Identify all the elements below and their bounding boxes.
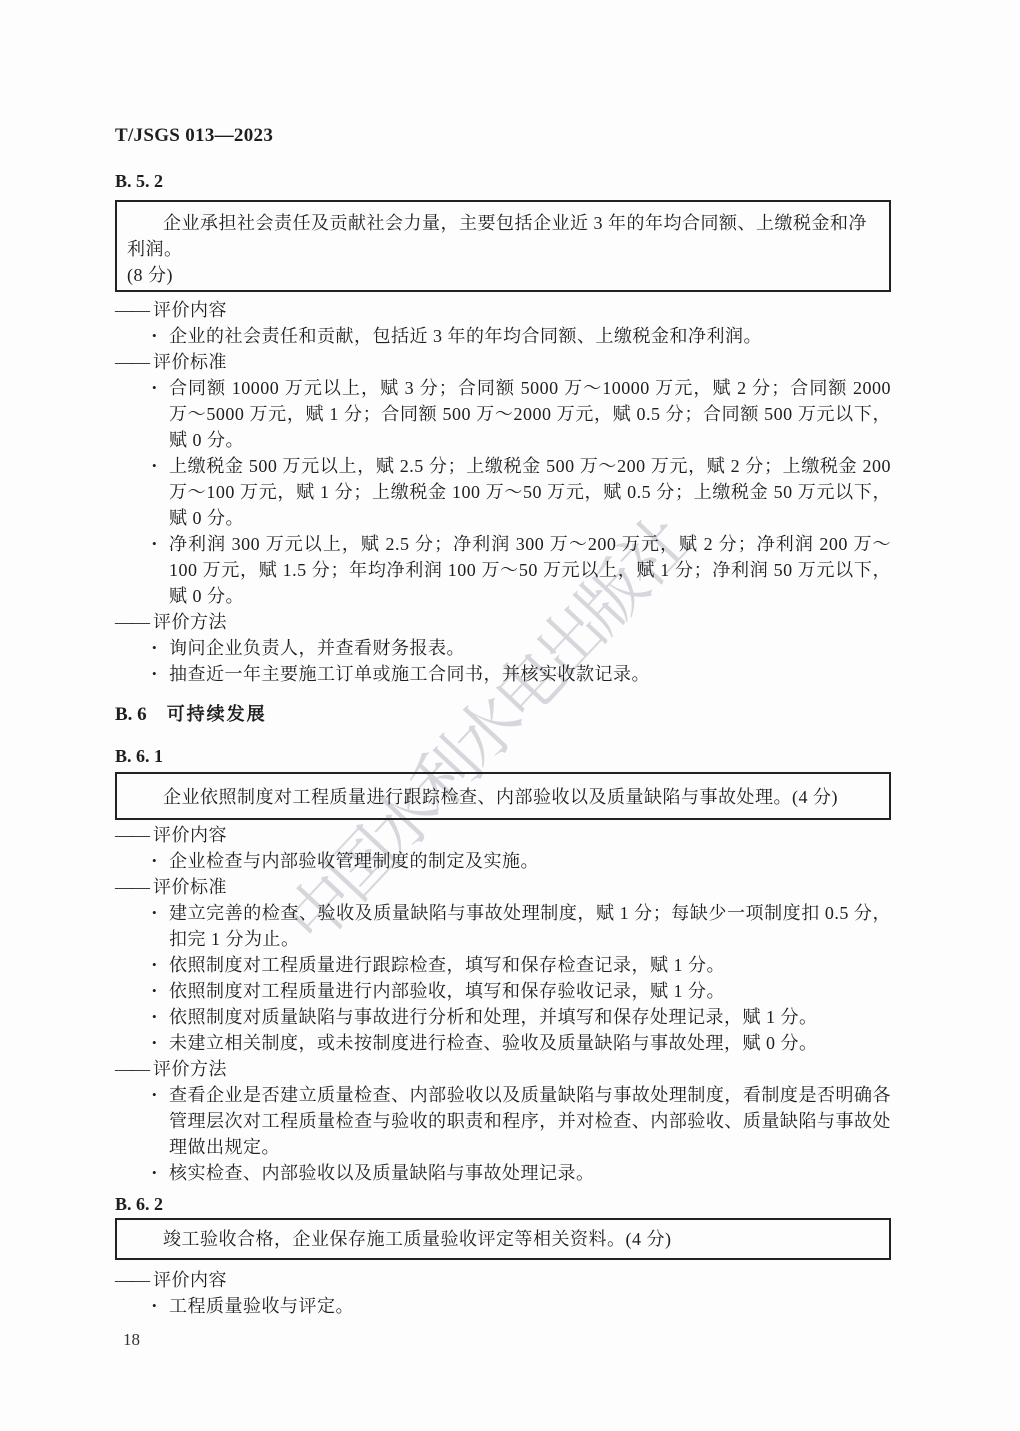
- list-item-text: 上缴税金 500 万元以上，赋 2.5 分；上缴税金 500 万～200 万元，…: [169, 456, 891, 528]
- list-item-text: 抽查近一年主要施工订单或施工合同书，并核实收款记录。: [169, 664, 650, 684]
- list-item: • 企业的社会责任和贡献，包括近 3 年的年均合同额、上缴税金和净利润。: [115, 323, 891, 349]
- requirement-score: (8 分): [127, 262, 879, 288]
- list-item: • 核实检查、内部验收以及质量缺陷与事故处理记录。: [115, 1160, 891, 1186]
- clause-label-b62: B. 6. 2: [115, 1191, 891, 1217]
- bullet-marker: •: [152, 323, 157, 349]
- bullet-marker: •: [152, 1004, 157, 1030]
- eval-method-label: 评价方法: [153, 1059, 227, 1079]
- list-item-text: 依照制度对工程质量进行跟踪检查，填写和保存检查记录，赋 1 分。: [169, 955, 725, 975]
- bullet-marker: •: [152, 900, 157, 926]
- list-item: • 企业检查与内部验收管理制度的制定及实施。: [115, 848, 891, 874]
- bullet-marker: •: [152, 1082, 157, 1108]
- dash-marker: ——: [115, 877, 149, 897]
- bullet-marker: •: [152, 1160, 157, 1186]
- list-item: • 询问企业负责人，并查看财务报表。: [115, 635, 891, 661]
- page-content: T/JSGS 013—2023 B. 5. 2 企业承担社会责任及贡献社会力量，…: [115, 126, 891, 1350]
- requirement-box-b52: 企业承担社会责任及贡献社会力量，主要包括企业近 3 年的年均合同额、上缴税金和净…: [115, 200, 891, 292]
- list-item: • 查看企业是否建立质量检查、内部验收以及质量缺陷与事故处理制度，看制度是否明确…: [115, 1082, 891, 1160]
- clause-label-b61: B. 6. 1: [115, 743, 891, 769]
- list-item-text: 依照制度对质量缺陷与事故进行分析和处理，并填写和保存处理记录，赋 1 分。: [169, 1007, 818, 1027]
- section-number: B. 6: [115, 704, 147, 725]
- bullet-marker: •: [152, 1293, 157, 1319]
- list-item: • 合同额 10000 万元以上，赋 3 分；合同额 5000 万～10000 …: [115, 375, 891, 453]
- list-item: • 工程质量验收与评定。: [115, 1293, 891, 1319]
- doc-code-header: T/JSGS 013—2023: [115, 126, 891, 146]
- requirement-text: 企业依照制度对工程质量进行跟踪检查、内部验收以及质量缺陷与事故处理。(4 分): [127, 784, 879, 810]
- bullet-marker: •: [152, 375, 157, 401]
- eval-method-heading: ——评价方法: [115, 1056, 891, 1082]
- eval-standard-label: 评价标准: [153, 352, 227, 372]
- eval-method-heading: ——评价方法: [115, 609, 891, 635]
- eval-content-label: 评价内容: [153, 1270, 227, 1290]
- list-item-text: 企业的社会责任和贡献，包括近 3 年的年均合同额、上缴税金和净利润。: [169, 326, 762, 346]
- section-heading-b6: B. 6可持续发展: [115, 701, 891, 728]
- list-item: • 净利润 300 万元以上，赋 2.5 分；净利润 300 万～200 万元，…: [115, 531, 891, 609]
- eval-content-label: 评价内容: [153, 300, 227, 320]
- bullet-marker: •: [152, 1030, 157, 1056]
- requirement-box-b61: 企业依照制度对工程质量进行跟踪检查、内部验收以及质量缺陷与事故处理。(4 分): [115, 772, 891, 820]
- list-item-text: 合同额 10000 万元以上，赋 3 分；合同额 5000 万～10000 万元…: [169, 378, 891, 450]
- list-item-text: 未建立相关制度，或未按制度进行检查、验收及质量缺陷与事故处理，赋 0 分。: [169, 1033, 818, 1053]
- dash-marker: ——: [115, 825, 149, 845]
- dash-marker: ——: [115, 1270, 149, 1290]
- eval-content-heading: ——评价内容: [115, 1267, 891, 1293]
- eval-content-label: 评价内容: [153, 825, 227, 845]
- dash-marker: ——: [115, 612, 149, 632]
- list-item-text: 净利润 300 万元以上，赋 2.5 分；净利润 300 万～200 万元，赋 …: [169, 534, 891, 606]
- requirement-text: 竣工验收合格，企业保存施工质量验收评定等相关资料。(4 分): [127, 1226, 879, 1252]
- dash-marker: ——: [115, 1059, 149, 1079]
- bullet-marker: •: [152, 978, 157, 1004]
- list-item: • 依照制度对工程质量进行跟踪检查，填写和保存检查记录，赋 1 分。: [115, 952, 891, 978]
- list-item-text: 建立完善的检查、验收及质量缺陷与事故处理制度，赋 1 分；每缺少一项制度扣 0.…: [169, 903, 891, 949]
- dash-marker: ——: [115, 352, 149, 372]
- eval-content-heading: ——评价内容: [115, 297, 891, 323]
- bullet-marker: •: [152, 635, 157, 661]
- requirement-text: 企业承担社会责任及贡献社会力量，主要包括企业近 3 年的年均合同额、上缴税金和净…: [127, 210, 879, 262]
- list-item-text: 依照制度对工程质量进行内部验收，填写和保存验收记录，赋 1 分。: [169, 981, 725, 1001]
- list-item: • 抽查近一年主要施工订单或施工合同书，并核实收款记录。: [115, 661, 891, 687]
- eval-method-label: 评价方法: [153, 612, 227, 632]
- list-item-text: 工程质量验收与评定。: [169, 1296, 354, 1316]
- eval-standard-heading: ——评价标准: [115, 349, 891, 375]
- page-number: 18: [123, 1330, 891, 1350]
- eval-content-heading: ——评价内容: [115, 822, 891, 848]
- bullet-marker: •: [152, 952, 157, 978]
- requirement-box-b62: 竣工验收合格，企业保存施工质量验收评定等相关资料。(4 分): [115, 1218, 891, 1260]
- list-item: • 依照制度对质量缺陷与事故进行分析和处理，并填写和保存处理记录，赋 1 分。: [115, 1004, 891, 1030]
- eval-standard-heading: ——评价标准: [115, 874, 891, 900]
- bullet-marker: •: [152, 453, 157, 479]
- document-page: 中国水利水电出版社 T/JSGS 013—2023 B. 5. 2 企业承担社会…: [0, 0, 1020, 1431]
- list-item-text: 询问企业负责人，并查看财务报表。: [169, 638, 465, 658]
- eval-standard-label: 评价标准: [153, 877, 227, 897]
- list-item-text: 查看企业是否建立质量检查、内部验收以及质量缺陷与事故处理制度，看制度是否明确各管…: [169, 1085, 891, 1157]
- clause-label-b52: B. 5. 2: [115, 171, 891, 191]
- dash-marker: ——: [115, 300, 149, 320]
- list-item: • 建立完善的检查、验收及质量缺陷与事故处理制度，赋 1 分；每缺少一项制度扣 …: [115, 900, 891, 952]
- bullet-marker: •: [152, 661, 157, 687]
- bullet-marker: •: [152, 531, 157, 557]
- list-item: • 依照制度对工程质量进行内部验收，填写和保存验收记录，赋 1 分。: [115, 978, 891, 1004]
- bullet-marker: •: [152, 848, 157, 874]
- list-item: • 未建立相关制度，或未按制度进行检查、验收及质量缺陷与事故处理，赋 0 分。: [115, 1030, 891, 1056]
- list-item-text: 核实检查、内部验收以及质量缺陷与事故处理记录。: [169, 1163, 595, 1183]
- section-title: 可持续发展: [167, 704, 267, 724]
- list-item-text: 企业检查与内部验收管理制度的制定及实施。: [169, 851, 539, 871]
- list-item: • 上缴税金 500 万元以上，赋 2.5 分；上缴税金 500 万～200 万…: [115, 453, 891, 531]
